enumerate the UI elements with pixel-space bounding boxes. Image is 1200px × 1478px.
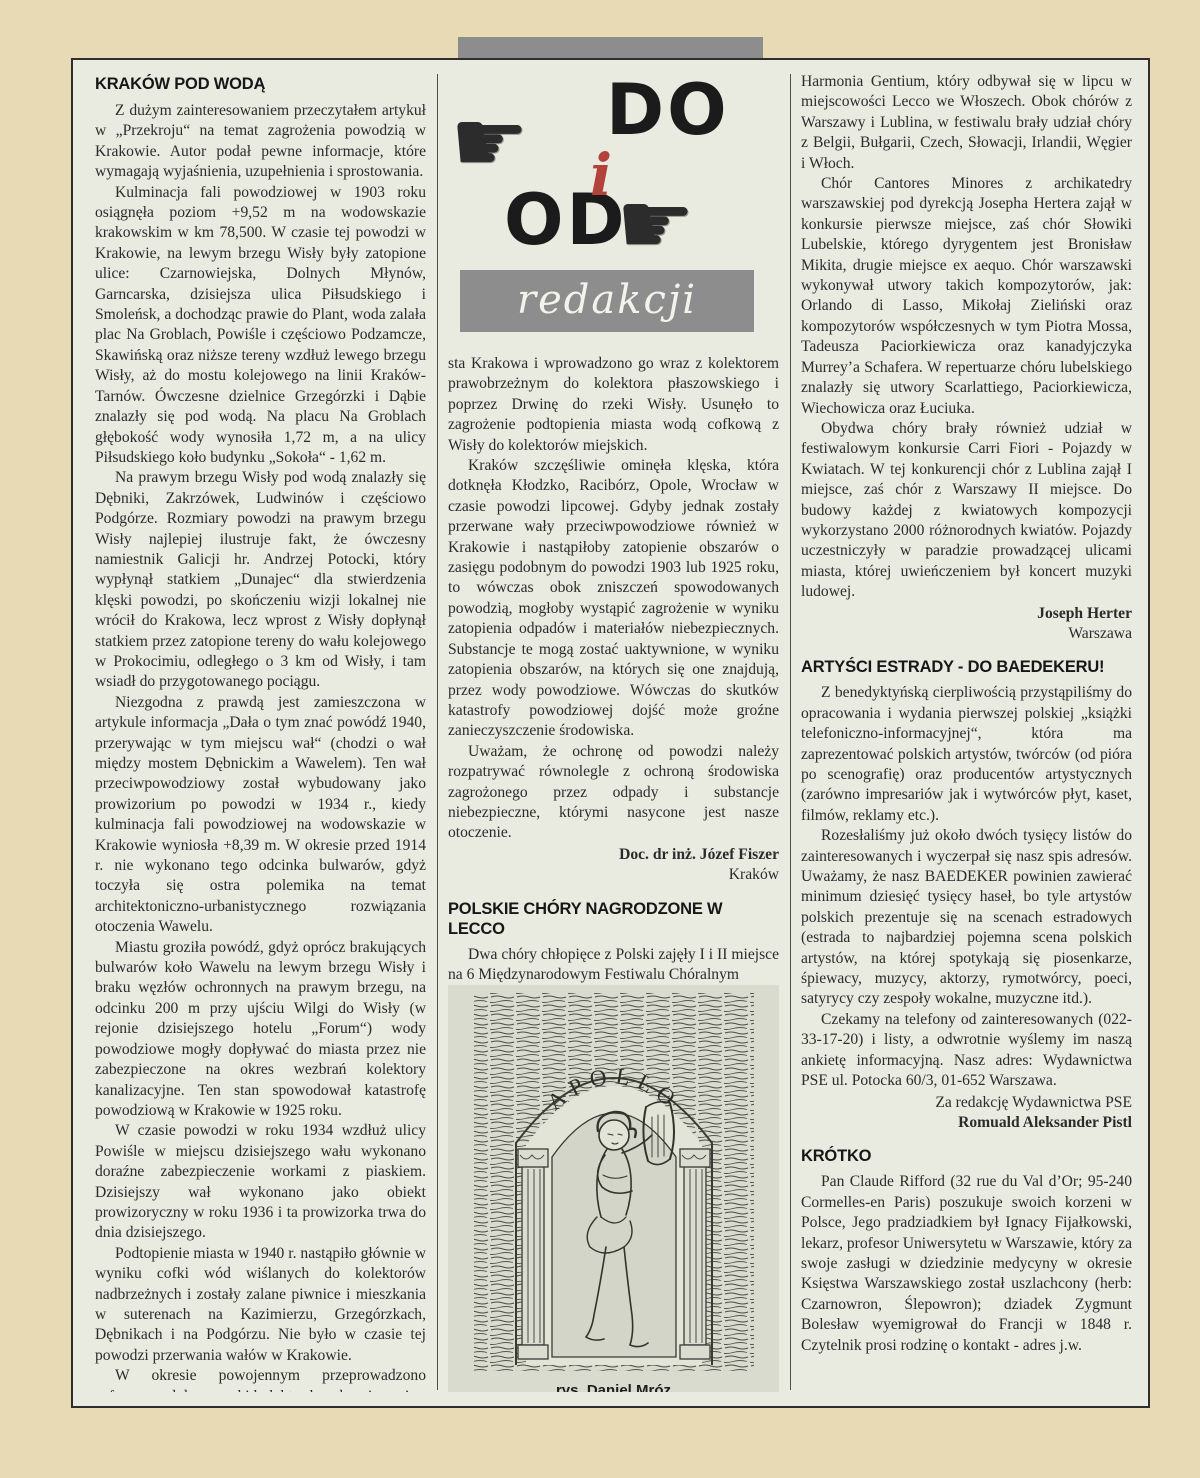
masthead-word-do: DO <box>606 78 730 142</box>
column-middle: ☛ DO OD i ☛ redakcji sta Krakowa i wprow… <box>448 72 779 1392</box>
redakcji-banner: redakcji <box>460 270 754 332</box>
page-frame: KRAKÓW POD WODĄ Z dużym zainteresowaniem… <box>71 58 1150 1408</box>
paragraph: Chór Cantores Minores z archikatedry war… <box>801 174 1132 419</box>
paragraph: sta Krakowa i wprowadzono go wraz z kole… <box>448 354 779 456</box>
pointing-hand-icon: ☛ <box>616 180 695 268</box>
apollo-drawing: APOLLO <box>464 985 764 1380</box>
pointing-hand-icon: ☛ <box>450 98 529 186</box>
paragraph: Z dużym zainteresowaniem przeczytałem ar… <box>95 101 426 183</box>
letter-signature: Za redakcję Wydawnictwa PSE Romuald Alek… <box>801 1093 1132 1134</box>
signature-name: Doc. dr inż. Józef Fiszer <box>448 845 779 865</box>
illustration-caption: rys. Daniel Mróz <box>556 1382 671 1392</box>
paragraph: Miastu groziła powódź, gdyż oprócz braku… <box>95 938 426 1122</box>
paragraph: Niezgodna z prawdą jest zamieszczona w a… <box>95 693 426 938</box>
section-heading-artysci-estrady: ARTYŚCI ESTRADY - DO BAEDEKERU! <box>801 657 1132 677</box>
masthead-word-redakcji: redakcji <box>517 277 697 323</box>
masthead-word-i: i <box>590 146 612 204</box>
paragraph: Pan Claude Rifford (32 rue du Val d’Or; … <box>801 1172 1132 1356</box>
signature-city: Kraków <box>448 865 779 885</box>
paragraph: Podtopienie miasta w 1940 r. nastąpiło g… <box>95 1244 426 1366</box>
paragraph: Uważam, że ochronę od powodzi należy roz… <box>448 742 779 844</box>
column-right: Harmonia Gentium, który odbywał się w li… <box>801 72 1132 1392</box>
top-gray-bar <box>458 37 763 58</box>
paragraph: Czekamy na telefony od zainteresowanych … <box>801 1010 1132 1092</box>
signature-name: Joseph Herter <box>801 604 1132 624</box>
paragraph: Z benedyktyńską cierpliwością przystąpil… <box>801 683 1132 826</box>
paragraph: Dwa chóry chłopięce z Polski zajęły I i … <box>448 945 779 986</box>
column-divider <box>790 74 791 1390</box>
magazine-page: { "header_graphic": { "word_do": "DO", "… <box>0 0 1200 1478</box>
section-heading-krakow-pod-woda: KRAKÓW POD WODĄ <box>95 74 426 94</box>
signature-role: Za redakcję Wydawnictwa PSE <box>801 1093 1132 1113</box>
paragraph: W czasie powodzi w roku 1934 wzdłuż ulic… <box>95 1121 426 1243</box>
paragraph: Kulminacja fali powodziowej w 1903 roku … <box>95 183 426 469</box>
signature-city: Warszawa <box>801 624 1132 644</box>
column-left: KRAKÓW POD WODĄ Z dużym zainteresowaniem… <box>95 72 426 1392</box>
paragraph: Na prawym brzegu Wisły pod wodą znalazły… <box>95 468 426 692</box>
do-i-od-redakcji-masthead: ☛ DO OD i ☛ redakcji <box>448 72 779 348</box>
paragraph: Obydwa chóry brały również udział w fest… <box>801 419 1132 603</box>
paragraph: W okresie powojennym przeprowadzono syfo… <box>95 1366 426 1392</box>
paragraph: Harmonia Gentium, który odbywał się w li… <box>801 72 1132 174</box>
paragraph: Kraków szczęśliwie ominęła klęska, która… <box>448 456 779 742</box>
paragraph: Rozesłaliśmy już około dwóch tysięcy lis… <box>801 826 1132 1010</box>
letter-signature: Doc. dr inż. Józef Fiszer Kraków <box>448 845 779 886</box>
signature-name: Romuald Aleksander Pistl <box>801 1113 1132 1133</box>
column-divider <box>437 74 438 1390</box>
letter-signature: Joseph Herter Warszawa <box>801 604 1132 645</box>
section-heading-krotko: KRÓTKO <box>801 1146 1132 1166</box>
section-heading-polskie-chory: POLSKIE CHÓRY NAGRODZONE W LECCO <box>448 899 779 939</box>
apollo-illustration: APOLLO <box>448 985 779 1392</box>
